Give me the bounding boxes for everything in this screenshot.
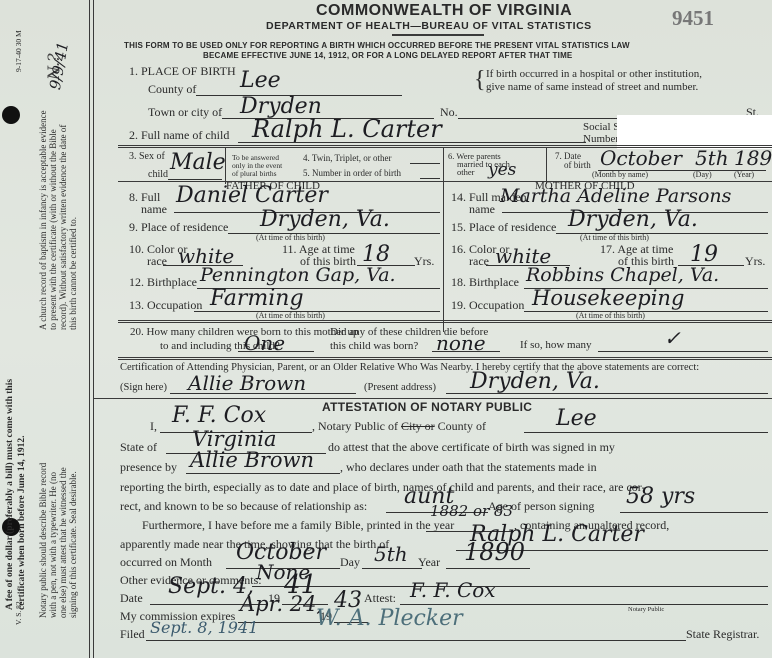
state-label: State of — [120, 440, 157, 455]
notary-public-caption: Notary Public — [628, 606, 664, 613]
occurred-month-label: occurred on Month — [120, 555, 212, 570]
how-many-value: ✓ — [664, 326, 681, 350]
mother-birthplace-value: Robbins Chapel, Va. — [526, 264, 719, 286]
dob-month: October — [600, 146, 682, 170]
fee-note: A fee of one dollar (preferably a bill) … — [4, 379, 28, 610]
notary-heading: ATTESTATION OF NOTARY PUBLIC — [322, 400, 532, 414]
county-label: County of — [148, 82, 196, 97]
form-notice-line1: THIS FORM TO BE USED ONLY FOR REPORTING … — [124, 41, 630, 50]
county-value: Lee — [240, 68, 281, 93]
street-number-label: No. — [440, 105, 458, 120]
birth-order-line — [420, 178, 440, 179]
mother-yrs: Yrs. — [745, 254, 765, 269]
sex-value: Male — [170, 150, 226, 175]
divider — [546, 148, 547, 184]
bible-year-value: 1882 or 83 — [430, 502, 513, 520]
department-subtitle: DEPARTMENT OF HEALTH—BUREAU OF VITAL STA… — [266, 20, 592, 32]
birth-certificate-document: 9-17-40 30 M N.? 9/9/41 A fee of one dol… — [0, 0, 772, 658]
certificate-number: 9451 — [672, 6, 714, 31]
church-record-note: A church record of baptism in infancy is… — [38, 110, 78, 330]
form-notice-line2: BECAME EFFECTIVE JUNE 14, 1912, OR FOR A… — [203, 51, 572, 60]
plural-births-note: To be answered only in the event of plur… — [232, 154, 282, 178]
date-label: Date — [120, 591, 143, 606]
attest-label: Attest: — [364, 591, 396, 606]
signer-age-value: 58 yrs — [626, 484, 695, 509]
rule — [94, 398, 772, 399]
rule — [118, 320, 772, 321]
mother-occupation-value: Housekeeping — [532, 286, 684, 310]
dob-year: 1890 — [734, 146, 772, 170]
relationship-label: rect, and known to be so because of rela… — [120, 499, 367, 514]
occurred-year-label: Year — [418, 555, 440, 570]
filed-date-value: Sept. 8, 1941 — [150, 618, 258, 637]
state-registrar-label: State Registrar. — [686, 627, 759, 642]
father-residence-value: Dryden, Va. — [260, 207, 390, 232]
father-birthplace-value: Pennington Gap, Va. — [200, 264, 396, 286]
present-address-label: (Present address) — [364, 382, 436, 393]
attest-signature: F. F. Cox — [410, 578, 496, 602]
father-occupation-caption: (At time of this birth) — [256, 311, 325, 320]
attest-text: do attest that the above certificate of … — [328, 440, 615, 455]
attest-line — [400, 604, 768, 605]
parents-divider — [443, 182, 444, 332]
filed-label: Filed — [120, 627, 145, 642]
dob-label: 7. Date of birth — [555, 152, 591, 170]
filed-line — [146, 640, 686, 641]
punch-hole-top — [2, 106, 20, 124]
married-value: yes — [488, 160, 516, 180]
ssn-label: Social S Number — [583, 121, 619, 145]
father-time-caption: (At time of this birth) — [256, 233, 325, 242]
rule — [118, 181, 772, 182]
mother-occupation-label: 19. Occupation — [451, 298, 524, 313]
mother-time-caption: (At time of this birth) — [580, 233, 649, 242]
hospital-note: { If birth occurred in a hospital or oth… — [486, 68, 702, 94]
children-born-value: One — [244, 331, 285, 355]
document-title: COMMONWEALTH OF VIRGINIA — [316, 2, 572, 20]
twin-line — [410, 163, 440, 164]
divider — [225, 148, 226, 184]
rule — [118, 322, 772, 323]
divider — [443, 148, 444, 184]
mother-residence-value: Dryden, Va. — [568, 207, 698, 232]
form-id: V. S. 82 — [14, 601, 23, 625]
rule — [118, 359, 772, 360]
present-address-value: Dryden, Va. — [470, 369, 600, 394]
margin-handwritten-date: 9/9/41 — [46, 40, 72, 91]
presence-label: presence by — [120, 460, 177, 475]
notary-county-line — [524, 432, 768, 433]
child-name-value: Ralph L. Carter — [252, 115, 442, 143]
presence-value: Allie Brown — [190, 448, 314, 472]
form-code: 9-17-40 30 M — [14, 30, 23, 72]
notary-i-label: I, — [150, 419, 157, 434]
rule — [118, 357, 772, 358]
year-line — [446, 568, 530, 569]
mother-occupation-caption: (At time of this birth) — [576, 311, 645, 320]
mother-name-value: Martha Adeline Parsons — [500, 185, 731, 207]
child-name-label: 2. Full name of child — [129, 128, 229, 143]
margin-divider-inner — [93, 0, 94, 658]
notary-county-value: Lee — [556, 406, 597, 431]
day-line — [362, 568, 422, 569]
title-underline — [392, 34, 484, 36]
sex-label-child: child — [148, 169, 168, 180]
mother-residence-label: 15. Place of residence — [451, 220, 556, 235]
father-residence-label: 9. Place of residence — [129, 220, 228, 235]
sign-here-label: (Sign here) — [120, 382, 167, 393]
oath-text: , who declares under oath that the state… — [340, 460, 597, 475]
month-caption: (Month by name) — [592, 170, 648, 179]
father-name-label: 8. Full name — [129, 191, 167, 215]
father-occupation-label: 13. Occupation — [129, 298, 202, 313]
ssn-redacted — [617, 115, 772, 149]
mother-birthplace-label: 18. Birthplace — [451, 275, 519, 290]
notary-of-label: , Notary Public of City or County of — [312, 419, 486, 434]
year-caption: (Year) — [734, 170, 754, 179]
how-many-label: If so, how many — [520, 339, 592, 351]
bible-text: Furthermore, I have before me a family B… — [142, 518, 454, 533]
registrar-signature: W. A. Plecker — [316, 606, 463, 631]
father-name-value: Daniel Carter — [176, 183, 328, 208]
place-of-birth-label: 1. PLACE OF BIRTH — [129, 64, 236, 79]
occurred-year-value: 1890 — [464, 538, 525, 566]
other-evidence-line — [252, 586, 768, 587]
margin-divider — [89, 0, 90, 658]
children-died-value: none — [436, 331, 486, 355]
notary-instruction-note: Notary public should describe Bible reco… — [38, 463, 78, 618]
twin-label: 4. Twin, Triplet, or other — [303, 153, 391, 163]
presence-line — [186, 473, 340, 474]
notary-name-value: F. F. Cox — [172, 403, 266, 428]
mother-occupation-line — [524, 311, 768, 312]
how-many-line — [598, 351, 768, 352]
father-birthplace-label: 12. Birthplace — [129, 275, 197, 290]
town-label: Town or city of — [148, 105, 222, 120]
sex-line — [168, 179, 222, 180]
reporting-text: reporting the birth, especially as to da… — [120, 480, 646, 495]
signer-value: Allie Brown — [188, 371, 306, 395]
dob-day: 5th — [695, 146, 729, 170]
occurred-day-value: 5th — [374, 542, 408, 566]
commission-value: Apr. 24, — [240, 592, 323, 616]
sex-label: 3. Sex of — [129, 151, 165, 162]
signer-age-line — [620, 512, 768, 513]
brace-icon: { — [474, 68, 486, 92]
day-caption: (Day) — [693, 170, 712, 179]
occurred-day-label: Day — [340, 555, 360, 570]
father-yrs: Yrs. — [414, 254, 434, 269]
birth-order-label: 5. Number in order of birth — [303, 168, 401, 178]
father-occupation-value: Farming — [210, 286, 304, 311]
